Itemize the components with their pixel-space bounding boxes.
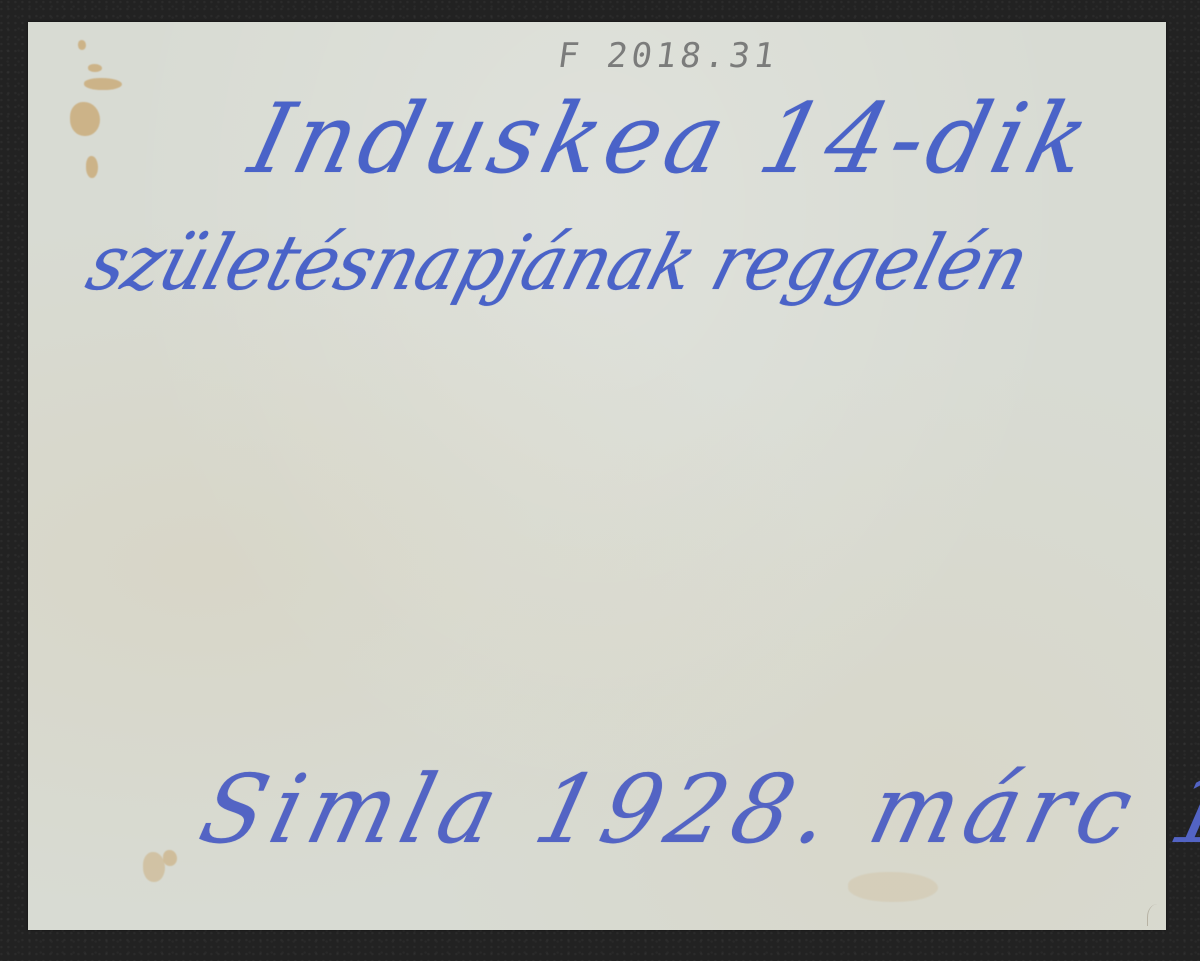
accession-number: F 2018.31 <box>555 36 781 76</box>
handwritten-line-1: Induskea 14-dik <box>240 83 1105 195</box>
foxing-stain <box>84 78 122 90</box>
foxing-stain <box>88 64 102 72</box>
corner-crease <box>1147 904 1164 926</box>
foxing-stain <box>143 852 165 882</box>
foxing-stain <box>86 156 98 178</box>
handwritten-place-date: Simla 1928. márc 14. <box>190 755 1200 865</box>
foxing-stain <box>163 850 177 866</box>
handwritten-line-2: születésnapjának reggelén <box>78 218 1038 307</box>
foxing-stain <box>848 872 938 902</box>
foxing-stain <box>78 40 86 50</box>
foxing-stain <box>70 102 100 136</box>
